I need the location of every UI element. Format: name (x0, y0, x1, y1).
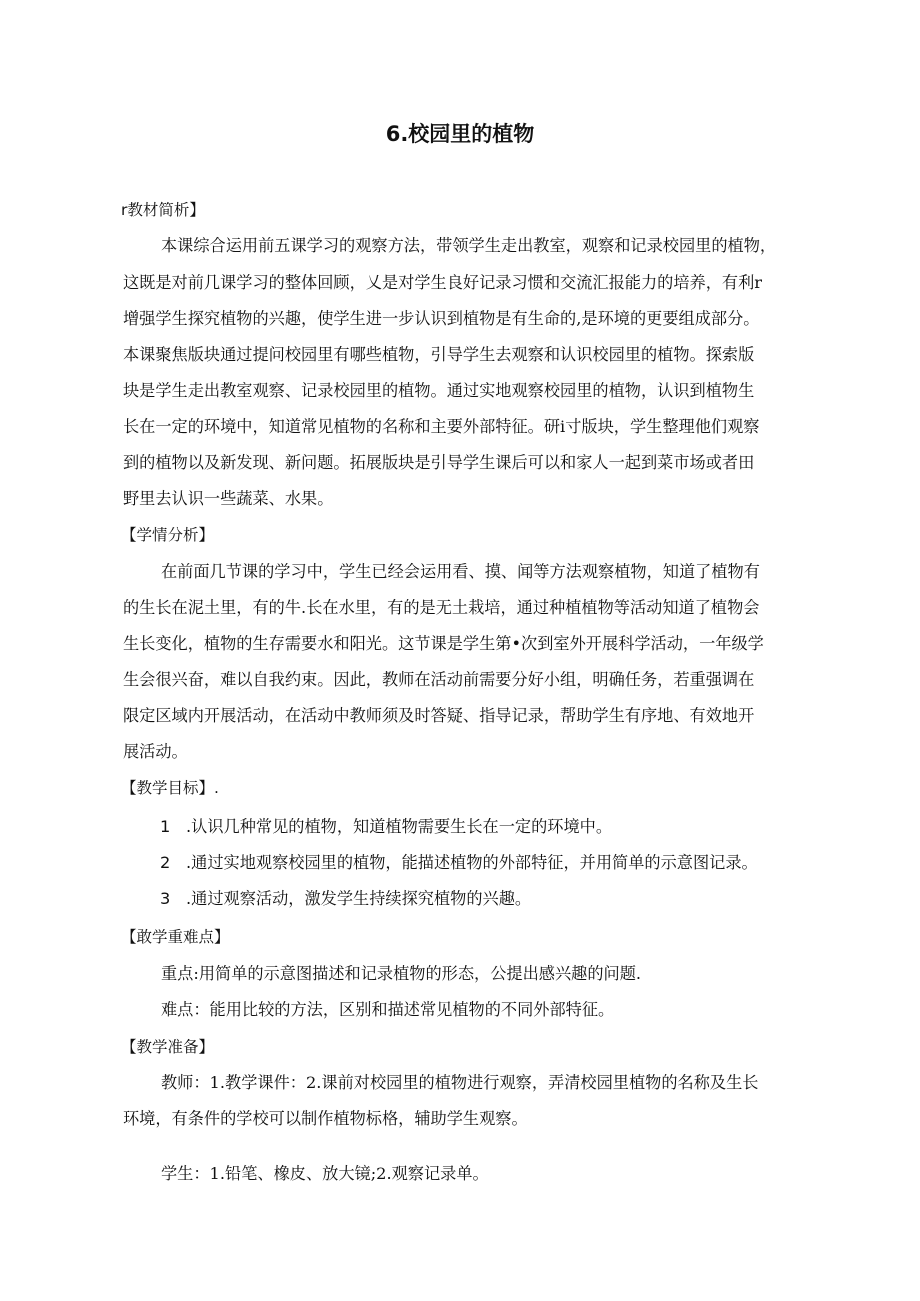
key-point-focus: 重点:用简单的示意图描述和记录植物的形态，公提出感兴趣的问题. (161, 964, 641, 984)
section-heading-student-analysis: 【学情分析】 (121, 525, 214, 545)
preparation-teacher-line: 环境，有条件的学校可以制作植物标格，辅助学生观察。 (123, 1109, 528, 1129)
goal-number: 1 (160, 817, 186, 837)
document-page: 6.校园里的植物 r教材简析】 本课综合运用前五课学习的观察方法，带领学生走出教… (0, 0, 920, 1301)
goal-item: 3.通过观察活动，激发学生持续探究植物的兴趣。 (160, 889, 531, 909)
key-point-difficulty: 难点：能用比较的方法，区别和描述常见植物的不同外部特征。 (161, 1000, 614, 1020)
section-heading-preparation: 【教学准备】 (121, 1037, 214, 1057)
paragraph-line: 限定区域内开展活动，在活动中教师须及时答疑、指导记录，帮助学生有序地、有效地开 (123, 706, 754, 726)
paragraph-line: 展活动。 (123, 742, 188, 762)
paragraph-line: 长在一定的环境中，知道常见植物的名称和主要外部特征。研i寸版块，学生整理他们观察 (123, 417, 760, 437)
paragraph-line: 生会很兴奋，难以自我约束。因此，教师在活动前需要分好小组，明确任务，若重强调在 (123, 670, 754, 690)
goal-text: .认识几种常见的植物，知道植物需要生长在一定的环境中。 (186, 817, 612, 836)
document-title: 6.校园里的植物 (0, 118, 920, 148)
section-heading-textbook-analysis: r教材简析】 (121, 200, 205, 220)
goal-text: .通过观察活动，激发学生持续探究植物的兴趣。 (186, 889, 531, 908)
goal-number: 2 (160, 853, 186, 873)
paragraph-line: 生长变化，植物的生存需要水和阳光。这节课是学生第•次到室外开展科学活动，一年级学 (123, 634, 764, 654)
paragraph-line: 这既是对前几课学习的整体回顾，乂是对学生良好记录习惯和交流汇报能力的培养，有利r (123, 273, 762, 293)
section-heading-key-points: 【敢学重难点】 (121, 927, 230, 947)
paragraph-line: 在前面几节课的学习中，学生已经会运用看、摸、闻等方法观察植物，知道了植物有 (161, 562, 760, 582)
preparation-student-line: 学生：1.铅笔、橡皮、放大镜;2.观察记录单。 (161, 1164, 489, 1184)
goal-text: .通过实地观察校园里的植物，能描述植物的外部特征，并用简单的示意图记录。 (186, 853, 758, 872)
preparation-teacher-line: 教师：1.教学课件：2.课前对校园里的植物进行观察，弄清校园里植物的名称及生长 (161, 1073, 758, 1093)
paragraph-line: 本课聚焦版块通过提问校园里有哪些植物，引导学生去观察和认识校园里的植物。探索版 (123, 345, 754, 365)
paragraph-line: 块是学生走出教室观察、记录校园里的植物。通过实地观察校园里的植物，认识到植物生 (123, 381, 754, 401)
paragraph-line: 本课综合运用前五课学习的观察方法，带领学生走出教室，观察和记录校园里的植物， (161, 236, 776, 256)
goal-item: 2.通过实地观察校园里的植物，能描述植物的外部特征，并用简单的示意图记录。 (160, 853, 758, 873)
goal-number: 3 (160, 889, 186, 909)
paragraph-line: 野里去认识一些蔬菜、水果。 (123, 489, 333, 509)
paragraph-line: 的生长在泥土里，有的牛.长在水里，有的是无土栽培，通过种植植物等活动知道了植物会 (123, 598, 759, 618)
paragraph-line: 增强学生探究植物的兴趣，使学生进一步认识到植物是有生命的,是环境的更要组成部分。 (123, 309, 759, 329)
paragraph-line: 到的植物以及新发现、新问题。拓展版块是引导学生课后可以和家人一起到菜市场或者田 (123, 453, 754, 473)
section-heading-teaching-goals: 【教学目标】. (121, 778, 219, 798)
goal-item: 1.认识几种常见的植物，知道植物需要生长在一定的环境中。 (160, 817, 612, 837)
